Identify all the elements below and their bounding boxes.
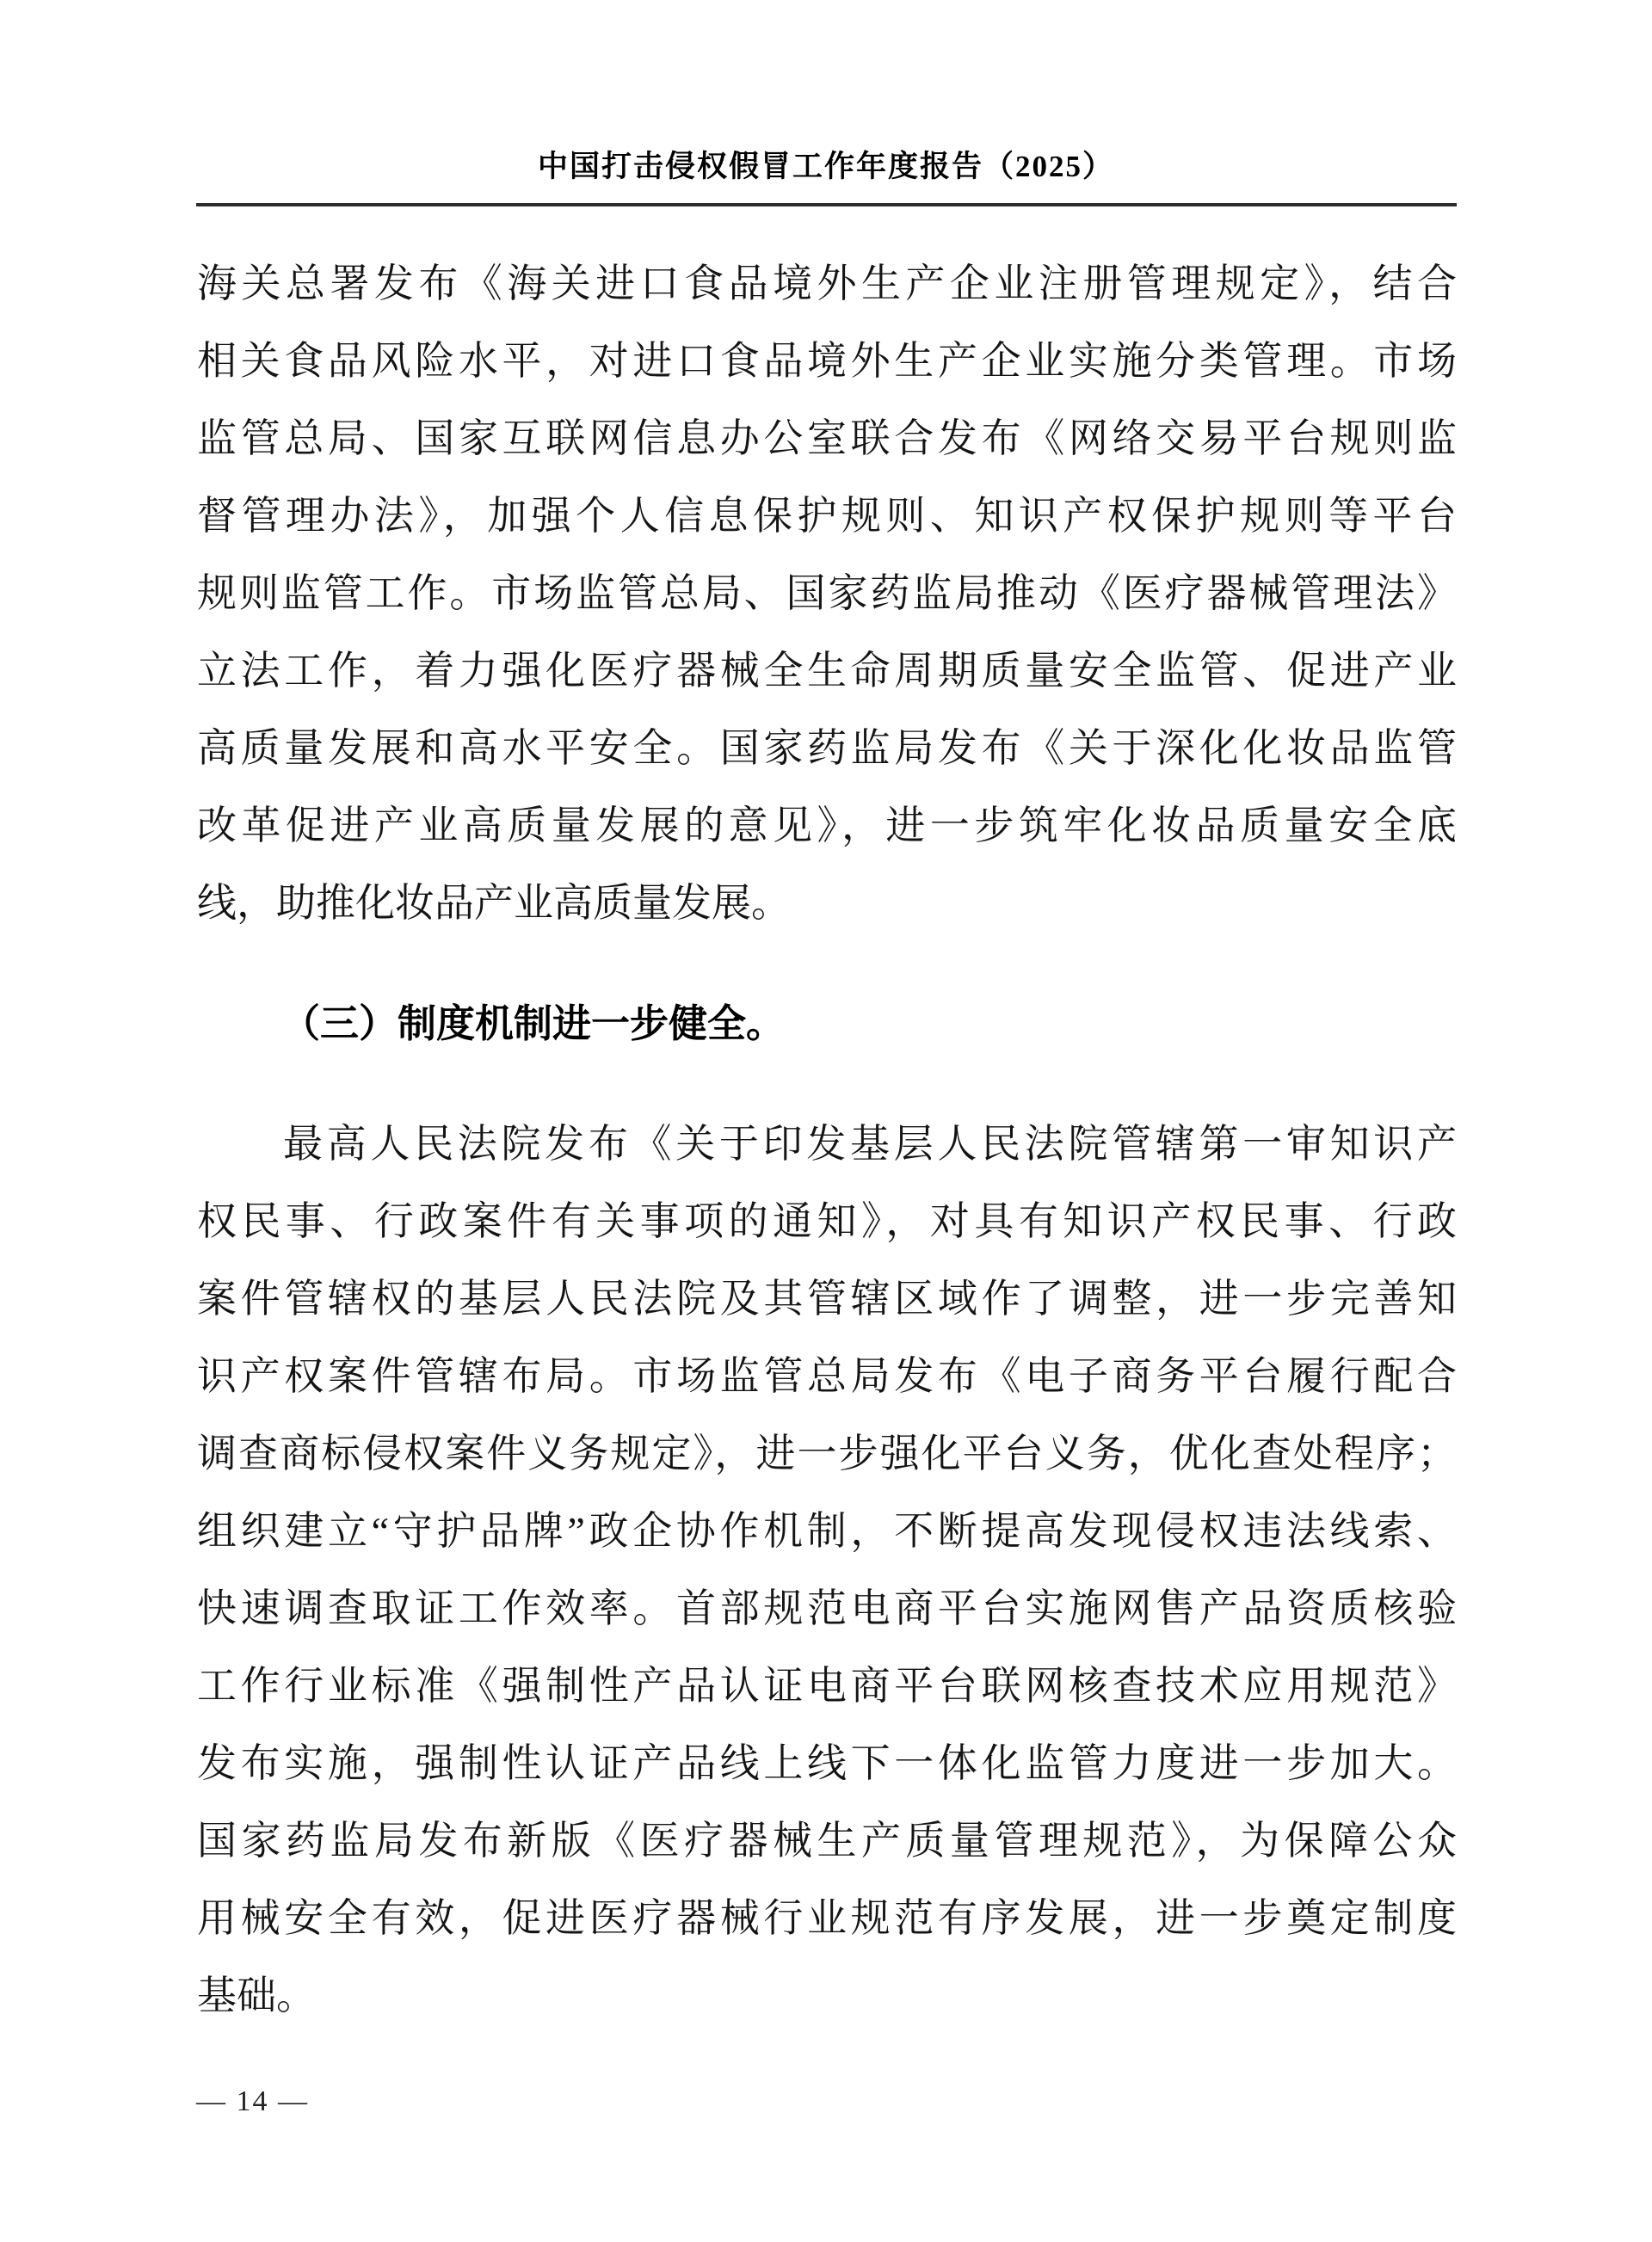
text-line: 高质量发展和高水平安全。国家药监局发布《关于深化化妆品监管 xyxy=(197,710,1457,787)
page-number: — 14 — xyxy=(196,2085,309,2117)
text-line: 规则监管工作。市场监管总局、国家药监局推动《医疗器械管理法》 xyxy=(197,555,1457,632)
text-line: 发布实施，强制性认证产品线上线下一体化监管力度进一步加大。 xyxy=(197,1725,1457,1802)
body-content: 海关总署发布《海关进口食品境外生产企业注册管理规定》，结合相关食品风险水平，对进… xyxy=(197,245,1457,2035)
text-line: 组织建立“守护品牌”政企协作机制，不断提高发现侵权违法线索、 xyxy=(197,1493,1457,1570)
text-line: 最高人民法院发布《关于印发基层人民法院管辖第一审知识产 xyxy=(197,1106,1457,1183)
text-line: 案件管辖权的基层人民法院及其管辖区域作了调整，进一步完善知 xyxy=(197,1260,1457,1338)
header-divider-rule xyxy=(196,203,1457,206)
text-line: 用械安全有效，促进医疗器械行业规范有序发展，进一步奠定制度 xyxy=(197,1880,1457,1957)
text-line: 相关食品风险水平，对进口食品境外生产企业实施分类管理。市场 xyxy=(197,323,1457,400)
section-heading: （三）制度机制进一步健全。 xyxy=(197,985,1457,1062)
text-line: 权民事、行政案件有关事项的通知》，对具有知识产权民事、行政 xyxy=(197,1183,1457,1260)
paragraph-2: 最高人民法院发布《关于印发基层人民法院管辖第一审知识产权民事、行政案件有关事项的… xyxy=(197,1106,1457,2035)
text-line: 监管总局、国家互联网信息办公室联合发布《网络交易平台规则监 xyxy=(197,400,1457,477)
text-line: 海关总署发布《海关进口食品境外生产企业注册管理规定》，结合 xyxy=(197,245,1457,323)
text-line: 线，助推化妆品产业高质量发展。 xyxy=(197,865,1457,942)
text-line: 快速调查取证工作效率。首部规范电商平台实施网售产品资质核验 xyxy=(197,1570,1457,1648)
text-line: 国家药监局发布新版《医疗器械生产质量管理规范》，为保障公众 xyxy=(197,1802,1457,1880)
paragraph-1: 海关总署发布《海关进口食品境外生产企业注册管理规定》，结合相关食品风险水平，对进… xyxy=(197,245,1457,942)
text-line: 督管理办法》，加强个人信息保护规则、知识产权保护规则等平台 xyxy=(197,477,1457,555)
text-line: 识产权案件管辖布局。市场监管总局发布《电子商务平台履行配合 xyxy=(197,1338,1457,1415)
document-page: 中国打击侵权假冒工作年度报告（2025） 海关总署发布《海关进口食品境外生产企业… xyxy=(0,0,1652,2242)
text-line: 立法工作，着力强化医疗器械全生命周期质量安全监管、促进产业 xyxy=(197,632,1457,710)
text-line: 调查商标侵权案件义务规定》，进一步强化平台义务，优化查处程序； xyxy=(197,1415,1457,1493)
page-footer: — 14 — xyxy=(196,2083,309,2121)
text-line: 改革促进产业高质量发展的意见》，进一步筑牢化妆品质量安全底 xyxy=(197,787,1457,865)
text-line: 基础。 xyxy=(197,1957,1457,2035)
text-line: 工作行业标准《强制性产品认证电商平台联网核查技术应用规范》 xyxy=(197,1648,1457,1725)
report-header-title: 中国打击侵权假冒工作年度报告（2025） xyxy=(0,145,1652,189)
